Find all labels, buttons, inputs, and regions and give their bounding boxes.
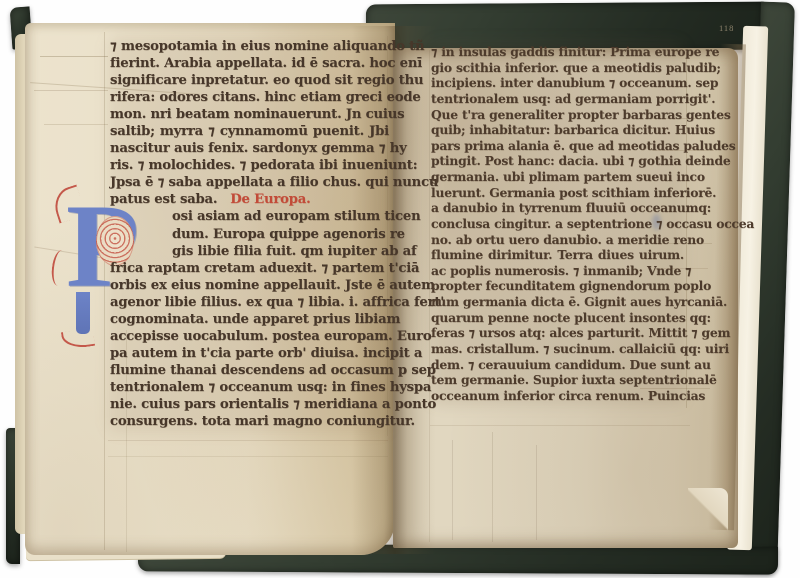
text-line: feras ⁊ ursos atq: alces parturit. Mitti…: [431, 325, 684, 341]
text-line: a danubio in tyrrenum fluuiū occeanumq:: [431, 200, 684, 216]
manuscript-photo: 118 P ⁊ mesopotamia in eius nomine aliqu…: [0, 0, 800, 578]
text-line: cognominata. unde apparet prius libiam: [110, 311, 389, 328]
text-line: flumine thanai descendens ad occasum p s…: [110, 362, 389, 379]
text-line: saltib; myrra ⁊ cynnamomū puenit. Jbi: [110, 123, 389, 140]
text-line: accepisse uocabulum. postea europam. Eur…: [110, 328, 389, 345]
text-line: propter fecunditatem gignendorum poplo: [431, 278, 684, 294]
folio-number: 118: [719, 23, 734, 33]
text-line: germania. ubi plimam partem sueui inco: [431, 169, 684, 185]
text-line: luerunt. Germania post scithiam inferior…: [431, 185, 684, 201]
text-line: frica raptam cretam aduexit. ⁊ partem t'…: [110, 260, 389, 277]
text-line: ptingit. Post hanc: dacia. ubi ⁊ gothia …: [431, 153, 684, 169]
left-text-block: ⁊ mesopotamia in eius nomine aliquando t…: [110, 38, 389, 430]
text-line: no. ab ortu uero danubio. a meridie reno: [431, 232, 684, 248]
text-line: dem. ⁊ cerauuium candidum. Due sunt au: [431, 357, 684, 373]
text-line: conclusa cingitur. a septentrione ⁊ occa…: [431, 216, 684, 232]
text-line: agenor libie filius. ex qua ⁊ libia. i. …: [110, 294, 389, 311]
text-line: gio scithia inferior. que a meotidis pal…: [431, 60, 684, 76]
text-line: tem germanie. Supior iuxta septentrional…: [431, 372, 684, 388]
text-line: quib; inhabitatur: barbarica dicitur. Hu…: [431, 122, 684, 138]
text-line: Que t'ra generaliter propter barbaras ge…: [431, 107, 684, 123]
text-line: mon. nri beatam nominauerunt. Jn cuius: [110, 106, 389, 123]
text-line: ac poplis numerosis. ⁊ inmanib; Vnde ⁊: [431, 263, 684, 279]
text-line: nie. cuius pars orientalis ⁊ meridiana a…: [110, 396, 389, 413]
text-line: dum. Europa quippe agenoris re: [172, 226, 389, 243]
text-line: quarum penne nocte plucent insontes qq:: [431, 310, 684, 326]
text-line: ⁊ in insulas gaddis finitur: Prima europ…: [431, 44, 684, 60]
text-line: pa autem in t'cia parte orb' diuisa. inc…: [110, 345, 389, 362]
text-line: mas. cristallum. ⁊ sucinum. callaiciū qq…: [431, 341, 684, 357]
text-line: Jpsa ē ⁊ saba appellata a filio chus. qu…: [110, 174, 389, 191]
text-line: rifera: odores citans. hinc etiam greci …: [110, 89, 389, 106]
text-line: ⁊ mesopotamia in eius nomine aliquando t…: [110, 38, 389, 55]
rubric-line: patus est saba.De Europa.: [110, 191, 389, 208]
text-line: flumine dirimitur. Terra diues uirum.: [431, 247, 684, 263]
text-line: tentrionalem usq: ad germaniam porrigit'…: [431, 91, 684, 107]
text-line: pars prima alania ē. que ad meotidas pal…: [431, 138, 684, 154]
text-line: consurgens. tota mari magno coniungitur.: [110, 413, 389, 430]
text-line: rum germania dicta ē. Gignit aues hyrcan…: [431, 294, 684, 310]
right-text-block: ⁊ in insulas gaddis finitur: Prima europ…: [431, 44, 684, 403]
text-line: nascitur auis fenix. sardonyx gemma ⁊ hy: [110, 140, 389, 157]
text-line: significare inpretatur. eo quod sit regi…: [110, 72, 389, 89]
text-line: gis libie filia fuit. qm iupiter ab af: [172, 243, 389, 260]
text-line: ris. ⁊ molochides. ⁊ pedorata ibi inueni…: [110, 157, 389, 174]
text-line: occeanum inferior circa renum. Puincias: [431, 388, 684, 404]
rubric-heading: De Europa.: [230, 192, 310, 207]
text-line: orbis ex eius nomine appellauit. Jste ē …: [110, 277, 389, 294]
text-line: tentrionalem ⁊ occeanum usq: in fines hy…: [110, 379, 389, 396]
rubric-prefix-text: patus est saba.: [110, 192, 217, 207]
turned-corner: [688, 488, 728, 544]
text-line: fierint. Arabia appellata. id ē sacra. h…: [110, 55, 389, 72]
text-line: osi asiam ad europam stilum ticen: [172, 208, 389, 225]
text-line: incipiens. inter danubium ⁊ occeanum. se…: [431, 75, 684, 91]
